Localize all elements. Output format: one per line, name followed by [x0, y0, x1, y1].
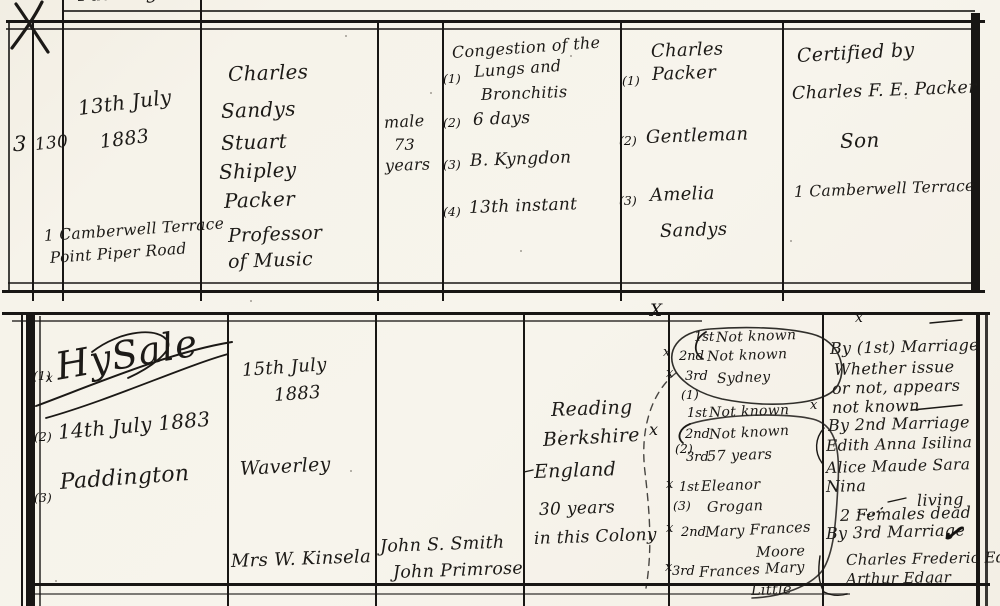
issue-line: By 2nd Marriage [828, 414, 970, 434]
marriage-place: Not known [709, 403, 790, 420]
issue-line: Charles Frederic Ed [846, 550, 1000, 568]
cause-item-label: (1) [443, 73, 461, 86]
issue-line: Whether issue [834, 359, 955, 378]
table-left-border [21, 312, 23, 606]
cause-item-label: (3) [443, 159, 461, 172]
marriage-group-label: (3) [673, 500, 691, 513]
marriage-ordinal: 1st [687, 407, 707, 420]
marriage-ordinal: 3rd [685, 370, 708, 383]
speckle [520, 250, 522, 252]
spouse-name: Moore [756, 544, 806, 560]
deceased-name-line: Packer [224, 189, 296, 211]
speckle [345, 35, 347, 37]
parent-item-label: (1) [622, 75, 640, 88]
marriage-ordinal: 3rd [672, 565, 695, 578]
table-border [30, 593, 850, 595]
witness-line: John Primrose [393, 560, 524, 582]
marriage-place: Not known [716, 328, 797, 345]
age-value: 73 [394, 137, 415, 153]
residence-line: Point Piper Road [49, 241, 187, 266]
issue-line: or not, appears [832, 378, 961, 397]
x-mark: x [649, 422, 658, 438]
x-mark: x [665, 561, 672, 574]
table-border [6, 20, 985, 23]
spouse-name: Eleanor [701, 478, 761, 495]
witness-line: John S. Smith [380, 535, 505, 557]
x-mark: x [666, 522, 673, 535]
header-partial-place: Paddington [78, 0, 191, 5]
marriage-ordinal: 1st [694, 331, 714, 344]
column-divider [782, 20, 784, 301]
table-border [2, 290, 985, 293]
marriage-group-label: (1) [681, 389, 699, 402]
issue-line: Alice Maude Sara [826, 457, 971, 476]
column-divider [39, 316, 41, 606]
column-divider [8, 20, 10, 292]
deceased-name-line: Sandys [221, 98, 296, 121]
years-in-colony-line: 30 years [539, 499, 616, 519]
burial-date-line: 15th July [241, 356, 327, 380]
cause-text: Lungs and [473, 58, 561, 80]
speckle [560, 430, 562, 432]
row-number: 3 [13, 134, 27, 155]
column-divider [377, 20, 379, 301]
table-border [12, 320, 702, 322]
birthplace-line: Reading [551, 398, 633, 420]
mother-name-line: Amelia [650, 185, 715, 205]
father-name-line: Charles [651, 40, 724, 61]
marriage-ordinal: 2nd [685, 428, 710, 441]
spouse-name: Little [751, 583, 792, 599]
burial-date-line: 1883 [273, 384, 321, 405]
speckle [905, 97, 907, 99]
sex-value: male [384, 113, 425, 131]
issue-line: By (1st) Marriage [830, 337, 979, 357]
informant-line: Certified by [797, 41, 915, 66]
issue-line: Nina [826, 478, 867, 495]
spouse-name: Grogan [707, 499, 764, 515]
father-name-line: Packer [652, 64, 717, 84]
registration-date: 14th July 1883 [57, 409, 211, 442]
occupation-line: of Music [228, 250, 314, 272]
deceased-name-line: Shipley [219, 159, 297, 182]
x-mark: x [666, 367, 673, 380]
x-mark: X [650, 303, 662, 320]
x-mark: x [46, 372, 53, 384]
marriage-ordinal: 3rd [686, 451, 709, 464]
speckle [250, 300, 252, 302]
birthplace-line: Berkshire [543, 426, 641, 450]
cause-item-label: (4) [443, 206, 461, 219]
father-rank: Gentleman [646, 125, 749, 147]
cause-doctor: B. Kyngdon [470, 149, 572, 170]
parent-item-label: (2) [619, 135, 637, 148]
marriage-ordinal: 2nd [681, 526, 706, 539]
cause-last-seen: 13th instant [469, 196, 578, 217]
issue-dash [888, 498, 906, 502]
register-scan-page: Paddington 3 130 13th Jul [0, 0, 1000, 606]
age-unit: years [385, 156, 431, 174]
marriage-place: Sydney [717, 370, 771, 386]
cause-duration: 6 days [473, 110, 531, 129]
registration-item-label: (2) [34, 431, 52, 444]
parent-item-label: (3) [619, 195, 637, 208]
column-divider [227, 314, 229, 606]
registration-district: Paddington [59, 463, 190, 494]
marriage-place: Not known [709, 424, 790, 442]
years-in-colony-line: in this Colony [534, 527, 657, 548]
table-border [8, 282, 975, 284]
table-border [6, 28, 975, 30]
speckle [350, 470, 352, 472]
residence-line: 1 Camberwell Terrace [43, 216, 224, 244]
table-left-border [26, 312, 35, 606]
check-mark: ✓ [939, 520, 964, 549]
column-divider [620, 20, 622, 301]
column-divider [32, 20, 34, 301]
speckle [790, 240, 792, 242]
table-right-border [971, 13, 980, 292]
birthplace-line: England [534, 460, 617, 482]
issue-dash [930, 320, 962, 323]
x-mark: x [810, 399, 817, 412]
column-divider [200, 0, 202, 301]
informant-line: Charles F. E. Packer [792, 80, 977, 104]
spouse-name: Mary Frances [705, 520, 812, 540]
death-date-line: 13th July [77, 87, 173, 118]
deceased-name-line: Stuart [221, 131, 288, 153]
speckle [570, 55, 572, 57]
origin-dash [524, 470, 533, 472]
mother-name-line: Sandys [660, 221, 728, 241]
undertaker-name: Mrs W. Kinsela [231, 548, 372, 571]
burial-place: Waverley [240, 455, 332, 479]
speckle [55, 580, 57, 582]
margin-cross-stroke [12, 2, 42, 48]
x-mark: x [855, 311, 863, 325]
registration-item-label: (3) [34, 492, 52, 505]
registrar-signature: HySale [53, 323, 201, 385]
deceased-name-line: Charles [228, 61, 309, 84]
marriage-place: Not known [707, 347, 788, 364]
age-at-marriage: 57 years [707, 448, 773, 465]
cause-text: Bronchitis [481, 84, 568, 103]
column-divider [375, 314, 377, 606]
x-mark: x [663, 346, 670, 359]
marriage-ordinal: 1st [679, 481, 699, 494]
column-divider [822, 314, 824, 606]
cause-heading: Congestion of the [451, 35, 600, 61]
x-mark: x [666, 478, 673, 491]
marriage-ordinal: 2nd [679, 350, 704, 363]
issue-line: Edith Anna Isilina [826, 435, 973, 454]
death-date-line: 1883 [99, 127, 151, 152]
informant-line: Son [840, 130, 880, 151]
issue-line: Arthur Edgar [846, 570, 951, 587]
informant-line: 1 Camberwell Terrace [794, 179, 975, 201]
table-border [2, 312, 990, 315]
column-divider [523, 314, 525, 606]
speckle [430, 92, 432, 94]
occupation-line: Professor [228, 224, 323, 246]
cause-item-label: (2) [443, 117, 461, 130]
spouse-name: Frances Mary [699, 560, 806, 580]
entry-number: 130 [34, 134, 69, 154]
